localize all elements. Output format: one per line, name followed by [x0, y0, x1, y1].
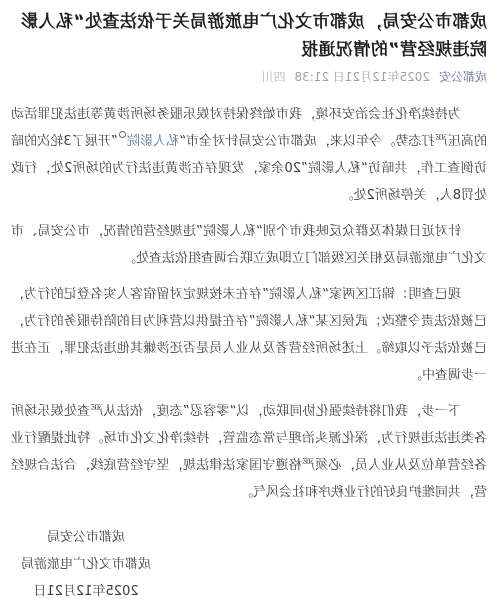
article-body: 成都市公安局，成都市文化广电旅游局关于依法查处“私人影院违规经营”的情况通报 成…: [0, 0, 500, 599]
paragraph-3: 现已查明：锦江区两家“私人影院”存在未按规定对留宿客人实名登记的行为，已被依法责…: [11, 281, 487, 389]
signature-org-2: 成都市文化广电旅游局: [11, 551, 161, 578]
paragraph-1: 为持续净化社会治安环境，我市始终保持对娱乐服务场所涉黄等违法犯罪活动的高压严打态…: [11, 101, 487, 209]
publish-datetime: 2025年12月21日 21:38: [295, 70, 430, 84]
account-name-link[interactable]: 成都公安: [439, 70, 487, 84]
signature-date: 2025年12月21日: [11, 578, 161, 599]
wechat-article-screenshot: 成都市公安局，成都市文化广电旅游局关于依法查处“私人影院违规经营”的情况通报 成…: [0, 0, 500, 599]
footnote-circle-icon[interactable]: [119, 131, 126, 138]
mirrored-page: 成都市公安局，成都市文化广电旅游局关于依法查处“私人影院违规经营”的情况通报 成…: [0, 0, 500, 599]
publish-location: 四川: [261, 70, 285, 84]
paragraph-2: 针对近日媒体及群众反映我市个别“私人影院”违规经营的情况，市公安局、市文化广电旅…: [11, 218, 487, 272]
private-cinema-link[interactable]: 私人影院: [127, 134, 179, 149]
article-meta: 成都公安2025年12月21日 21:38四川: [11, 69, 487, 85]
signature-org-1: 成都市公安局: [11, 524, 161, 551]
signature-block: 成都市公安局 成都市文化广电旅游局 2025年12月21日: [11, 524, 161, 599]
article-title: 成都市公安局，成都市文化广电旅游局关于依法查处“私人影院违规经营”的情况通报: [11, 8, 487, 64]
paragraph-4: 下一步，我们将持续强化协同联动，以“零容忍”态度，依法从严查处娱乐场所各类违法违…: [11, 398, 487, 506]
